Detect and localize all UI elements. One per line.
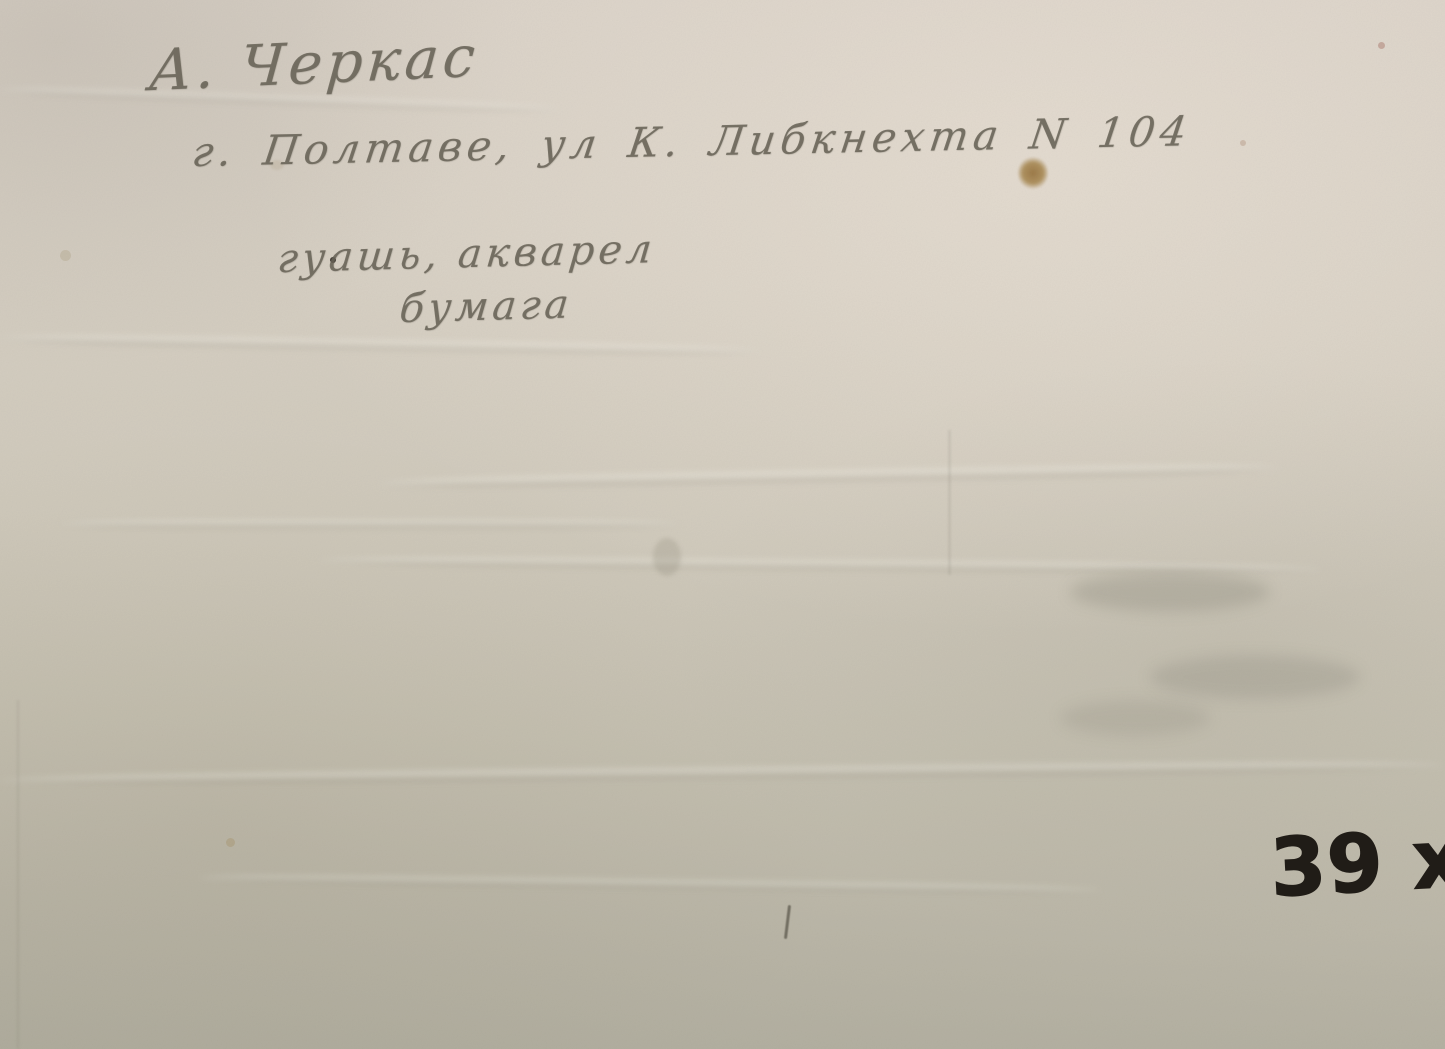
gray-smudge <box>1060 700 1210 736</box>
brown-stain <box>1018 156 1048 190</box>
crease-line <box>60 518 680 530</box>
paper-freckle <box>1240 140 1246 146</box>
artist-signature: А. Черкас <box>147 24 482 105</box>
support-inscription: бумага <box>398 281 575 332</box>
crease-line <box>380 460 1280 492</box>
crease-line-vertical <box>16 700 20 1049</box>
address-inscription: г. Полтаве, ул К. Либкнехта N 104 <box>189 107 1194 176</box>
dimensions-marking: 39 x 4 <box>1268 807 1445 915</box>
paper-freckle <box>226 838 235 847</box>
crease-line <box>0 757 1445 788</box>
artwork-back-photo: А. Черкас г. Полтаве, ул К. Либкнехта N … <box>0 0 1445 1049</box>
gray-smudge <box>1070 572 1270 612</box>
gray-smudge <box>1150 655 1360 699</box>
crease-line-vertical <box>948 430 951 575</box>
paper-freckle <box>1378 42 1385 49</box>
crease-line <box>200 872 1100 897</box>
crease-line <box>0 331 760 358</box>
paper-freckle <box>60 250 71 261</box>
media-inscription: гуашь, акварел <box>276 226 658 282</box>
faint-pencil-smudge <box>653 538 681 576</box>
pencil-scratch-mark <box>784 905 791 939</box>
crease-line <box>320 554 1320 577</box>
